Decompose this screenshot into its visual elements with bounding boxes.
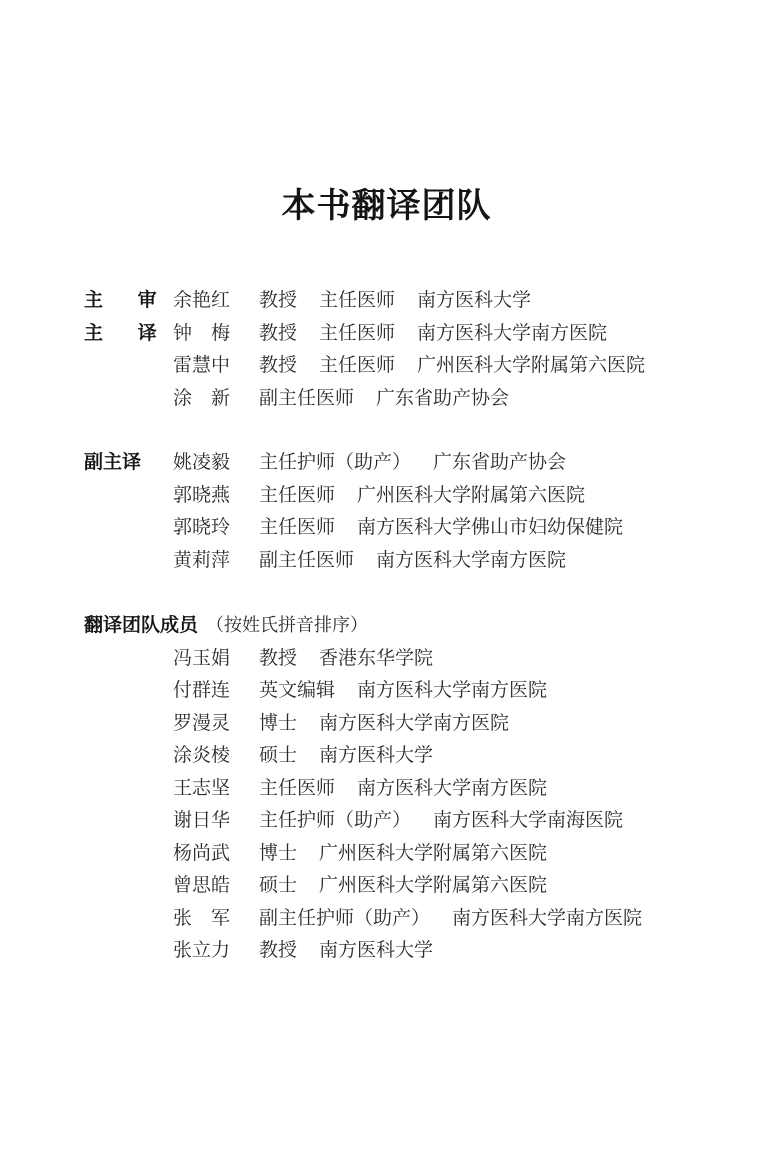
chief-translator-row: 涂 新副主任医师广东省助产协会 <box>84 382 744 415</box>
member-title: 主任医师 <box>319 284 395 317</box>
member-title: 教授 <box>259 349 297 382</box>
member-affiliation: 广东省助产协会 <box>376 382 509 415</box>
member-title: 硕士 <box>259 739 297 772</box>
team-member-row: 谢日华主任护师（助产）南方医科大学南海医院 <box>84 804 744 837</box>
role-label-chief-reviewer: 主 审 <box>84 284 171 317</box>
member-title: 副主任医师 <box>259 544 354 577</box>
member-affiliation: 南方医科大学南方医院 <box>452 902 642 935</box>
member-title: 教授 <box>259 934 297 967</box>
member-entry: 涂 新副主任医师广东省助产协会 <box>173 382 509 415</box>
team-member-row: 冯玉娟教授香港东华学院 <box>84 642 744 675</box>
member-affiliation: 南方医科大学佛山市妇幼保健院 <box>357 511 623 544</box>
member-affiliation: 广州医科大学附属第六医院 <box>319 869 547 902</box>
team-members-heading: 翻译团队成员（按姓氏拼音排序） <box>84 609 744 642</box>
member-name: 黄莉萍 <box>173 544 259 577</box>
associate-translator-row: 黄莉萍副主任医师南方医科大学南方医院 <box>84 544 744 577</box>
member-entry: 涂炎棱硕士南方医科大学 <box>173 739 433 772</box>
member-affiliation: 南方医科大学南方医院 <box>319 707 509 740</box>
member-name: 钟 梅 <box>173 317 259 350</box>
member-affiliation: 南方医科大学南方医院 <box>376 544 566 577</box>
page-title: 本书翻译团队 <box>0 184 773 228</box>
member-name: 冯玉娟 <box>173 642 259 675</box>
member-entry: 郭晓燕主任医师广州医科大学附属第六医院 <box>173 479 585 512</box>
chief-reviewer-row: 主 审 余艳红教授主任医师南方医科大学 <box>84 284 744 317</box>
member-name: 曾思皓 <box>173 869 259 902</box>
team-members-heading-text: 翻译团队成员（按姓氏拼音排序） <box>84 609 368 643</box>
member-entry: 钟 梅教授主任医师南方医科大学南方医院 <box>173 317 607 350</box>
team-member-row: 罗漫灵博士南方医科大学南方医院 <box>84 707 744 740</box>
member-entry: 姚凌毅主任护师（助产）广东省助产协会 <box>173 446 566 479</box>
member-entry: 张 军副主任护师（助产）南方医科大学南方医院 <box>173 902 642 935</box>
role-label-chief-translators: 主 译 <box>84 317 171 350</box>
member-entry: 余艳红教授主任医师南方医科大学 <box>173 284 531 317</box>
member-affiliation: 南方医科大学 <box>319 934 433 967</box>
member-title: 教授 <box>259 642 297 675</box>
section-chief: 主 审 余艳红教授主任医师南方医科大学 主 译 钟 梅教授主任医师南方医科大学南… <box>84 284 744 414</box>
member-affiliation: 广州医科大学附属第六医院 <box>319 837 547 870</box>
chief-translator-row: 雷慧中教授主任医师广州医科大学附属第六医院 <box>84 349 744 382</box>
member-name: 涂 新 <box>173 382 259 415</box>
member-name: 谢日华 <box>173 804 259 837</box>
section-associate-translators: 副主译 姚凌毅主任护师（助产）广东省助产协会 郭晓燕主任医师广州医科大学附属第六… <box>84 446 744 576</box>
member-entry: 冯玉娟教授香港东华学院 <box>173 642 433 675</box>
member-name: 姚凌毅 <box>173 446 259 479</box>
member-entry: 雷慧中教授主任医师广州医科大学附属第六医院 <box>173 349 645 382</box>
member-affiliation: 广州医科大学附属第六医院 <box>417 349 645 382</box>
member-title: 博士 <box>259 837 297 870</box>
member-affiliation: 广东省助产协会 <box>433 446 566 479</box>
member-title: 副主任医师 <box>259 382 354 415</box>
member-name: 郭晓玲 <box>173 511 259 544</box>
member-name: 余艳红 <box>173 284 259 317</box>
member-affiliation: 广州医科大学附属第六医院 <box>357 479 585 512</box>
associate-translator-row: 郭晓燕主任医师广州医科大学附属第六医院 <box>84 479 744 512</box>
role-label-associate-translators: 副主译 <box>84 446 141 479</box>
member-name: 张立力 <box>173 934 259 967</box>
role-label-team-members: 翻译团队成员 <box>84 614 198 636</box>
member-title: 英文编辑 <box>259 674 335 707</box>
member-name: 张 军 <box>173 902 259 935</box>
member-entry: 付群连英文编辑南方医科大学南方医院 <box>173 674 547 707</box>
member-entry: 杨尚武博士广州医科大学附属第六医院 <box>173 837 547 870</box>
member-name: 王志坚 <box>173 772 259 805</box>
member-affiliation: 南方医科大学 <box>417 284 531 317</box>
member-entry: 王志坚主任医师南方医科大学南方医院 <box>173 772 547 805</box>
member-name: 涂炎棱 <box>173 739 259 772</box>
member-affiliation: 南方医科大学南方医院 <box>417 317 607 350</box>
member-title: 教授 <box>259 284 297 317</box>
member-name: 付群连 <box>173 674 259 707</box>
team-member-row: 张立力教授南方医科大学 <box>84 934 744 967</box>
member-entry: 曾思皓硕士广州医科大学附属第六医院 <box>173 869 547 902</box>
member-entry: 张立力教授南方医科大学 <box>173 934 433 967</box>
team-member-row: 杨尚武博士广州医科大学附属第六医院 <box>84 837 744 870</box>
member-affiliation: 南方医科大学南方医院 <box>357 772 547 805</box>
member-affiliation: 香港东华学院 <box>319 642 433 675</box>
associate-translator-row: 副主译 姚凌毅主任护师（助产）广东省助产协会 <box>84 446 744 479</box>
chief-translator-row: 主 译 钟 梅教授主任医师南方医科大学南方医院 <box>84 317 744 350</box>
associate-translator-row: 郭晓玲主任医师南方医科大学佛山市妇幼保健院 <box>84 511 744 544</box>
member-affiliation: 南方医科大学 <box>319 739 433 772</box>
team-member-row: 张 军副主任护师（助产）南方医科大学南方医院 <box>84 902 744 935</box>
sort-order-note: （按姓氏拼音排序） <box>206 615 368 636</box>
member-name: 罗漫灵 <box>173 707 259 740</box>
member-name: 郭晓燕 <box>173 479 259 512</box>
team-member-row: 付群连英文编辑南方医科大学南方医院 <box>84 674 744 707</box>
member-entry: 罗漫灵博士南方医科大学南方医院 <box>173 707 509 740</box>
member-title: 主任医师 <box>259 511 335 544</box>
member-affiliation: 南方医科大学南海医院 <box>433 804 623 837</box>
member-name: 雷慧中 <box>173 349 259 382</box>
member-title: 主任护师（助产） <box>259 446 411 479</box>
member-title: 主任医师 <box>259 772 335 805</box>
member-name: 杨尚武 <box>173 837 259 870</box>
member-title: 主任护师（助产） <box>259 804 411 837</box>
member-affiliation: 南方医科大学南方医院 <box>357 674 547 707</box>
member-title: 副主任护师（助产） <box>259 902 430 935</box>
team-member-row: 王志坚主任医师南方医科大学南方医院 <box>84 772 744 805</box>
member-title: 博士 <box>259 707 297 740</box>
team-member-row: 涂炎棱硕士南方医科大学 <box>84 739 744 772</box>
member-title: 主任医师 <box>319 349 395 382</box>
member-title: 硕士 <box>259 869 297 902</box>
member-entry: 郭晓玲主任医师南方医科大学佛山市妇幼保健院 <box>173 511 623 544</box>
member-title: 主任医师 <box>319 317 395 350</box>
member-title: 主任医师 <box>259 479 335 512</box>
team-member-row: 曾思皓硕士广州医科大学附属第六医院 <box>84 869 744 902</box>
section-team-members: 翻译团队成员（按姓氏拼音排序） 冯玉娟教授香港东华学院 付群连英文编辑南方医科大… <box>84 609 744 967</box>
member-entry: 黄莉萍副主任医师南方医科大学南方医院 <box>173 544 566 577</box>
member-entry: 谢日华主任护师（助产）南方医科大学南海医院 <box>173 804 623 837</box>
member-title: 教授 <box>259 317 297 350</box>
